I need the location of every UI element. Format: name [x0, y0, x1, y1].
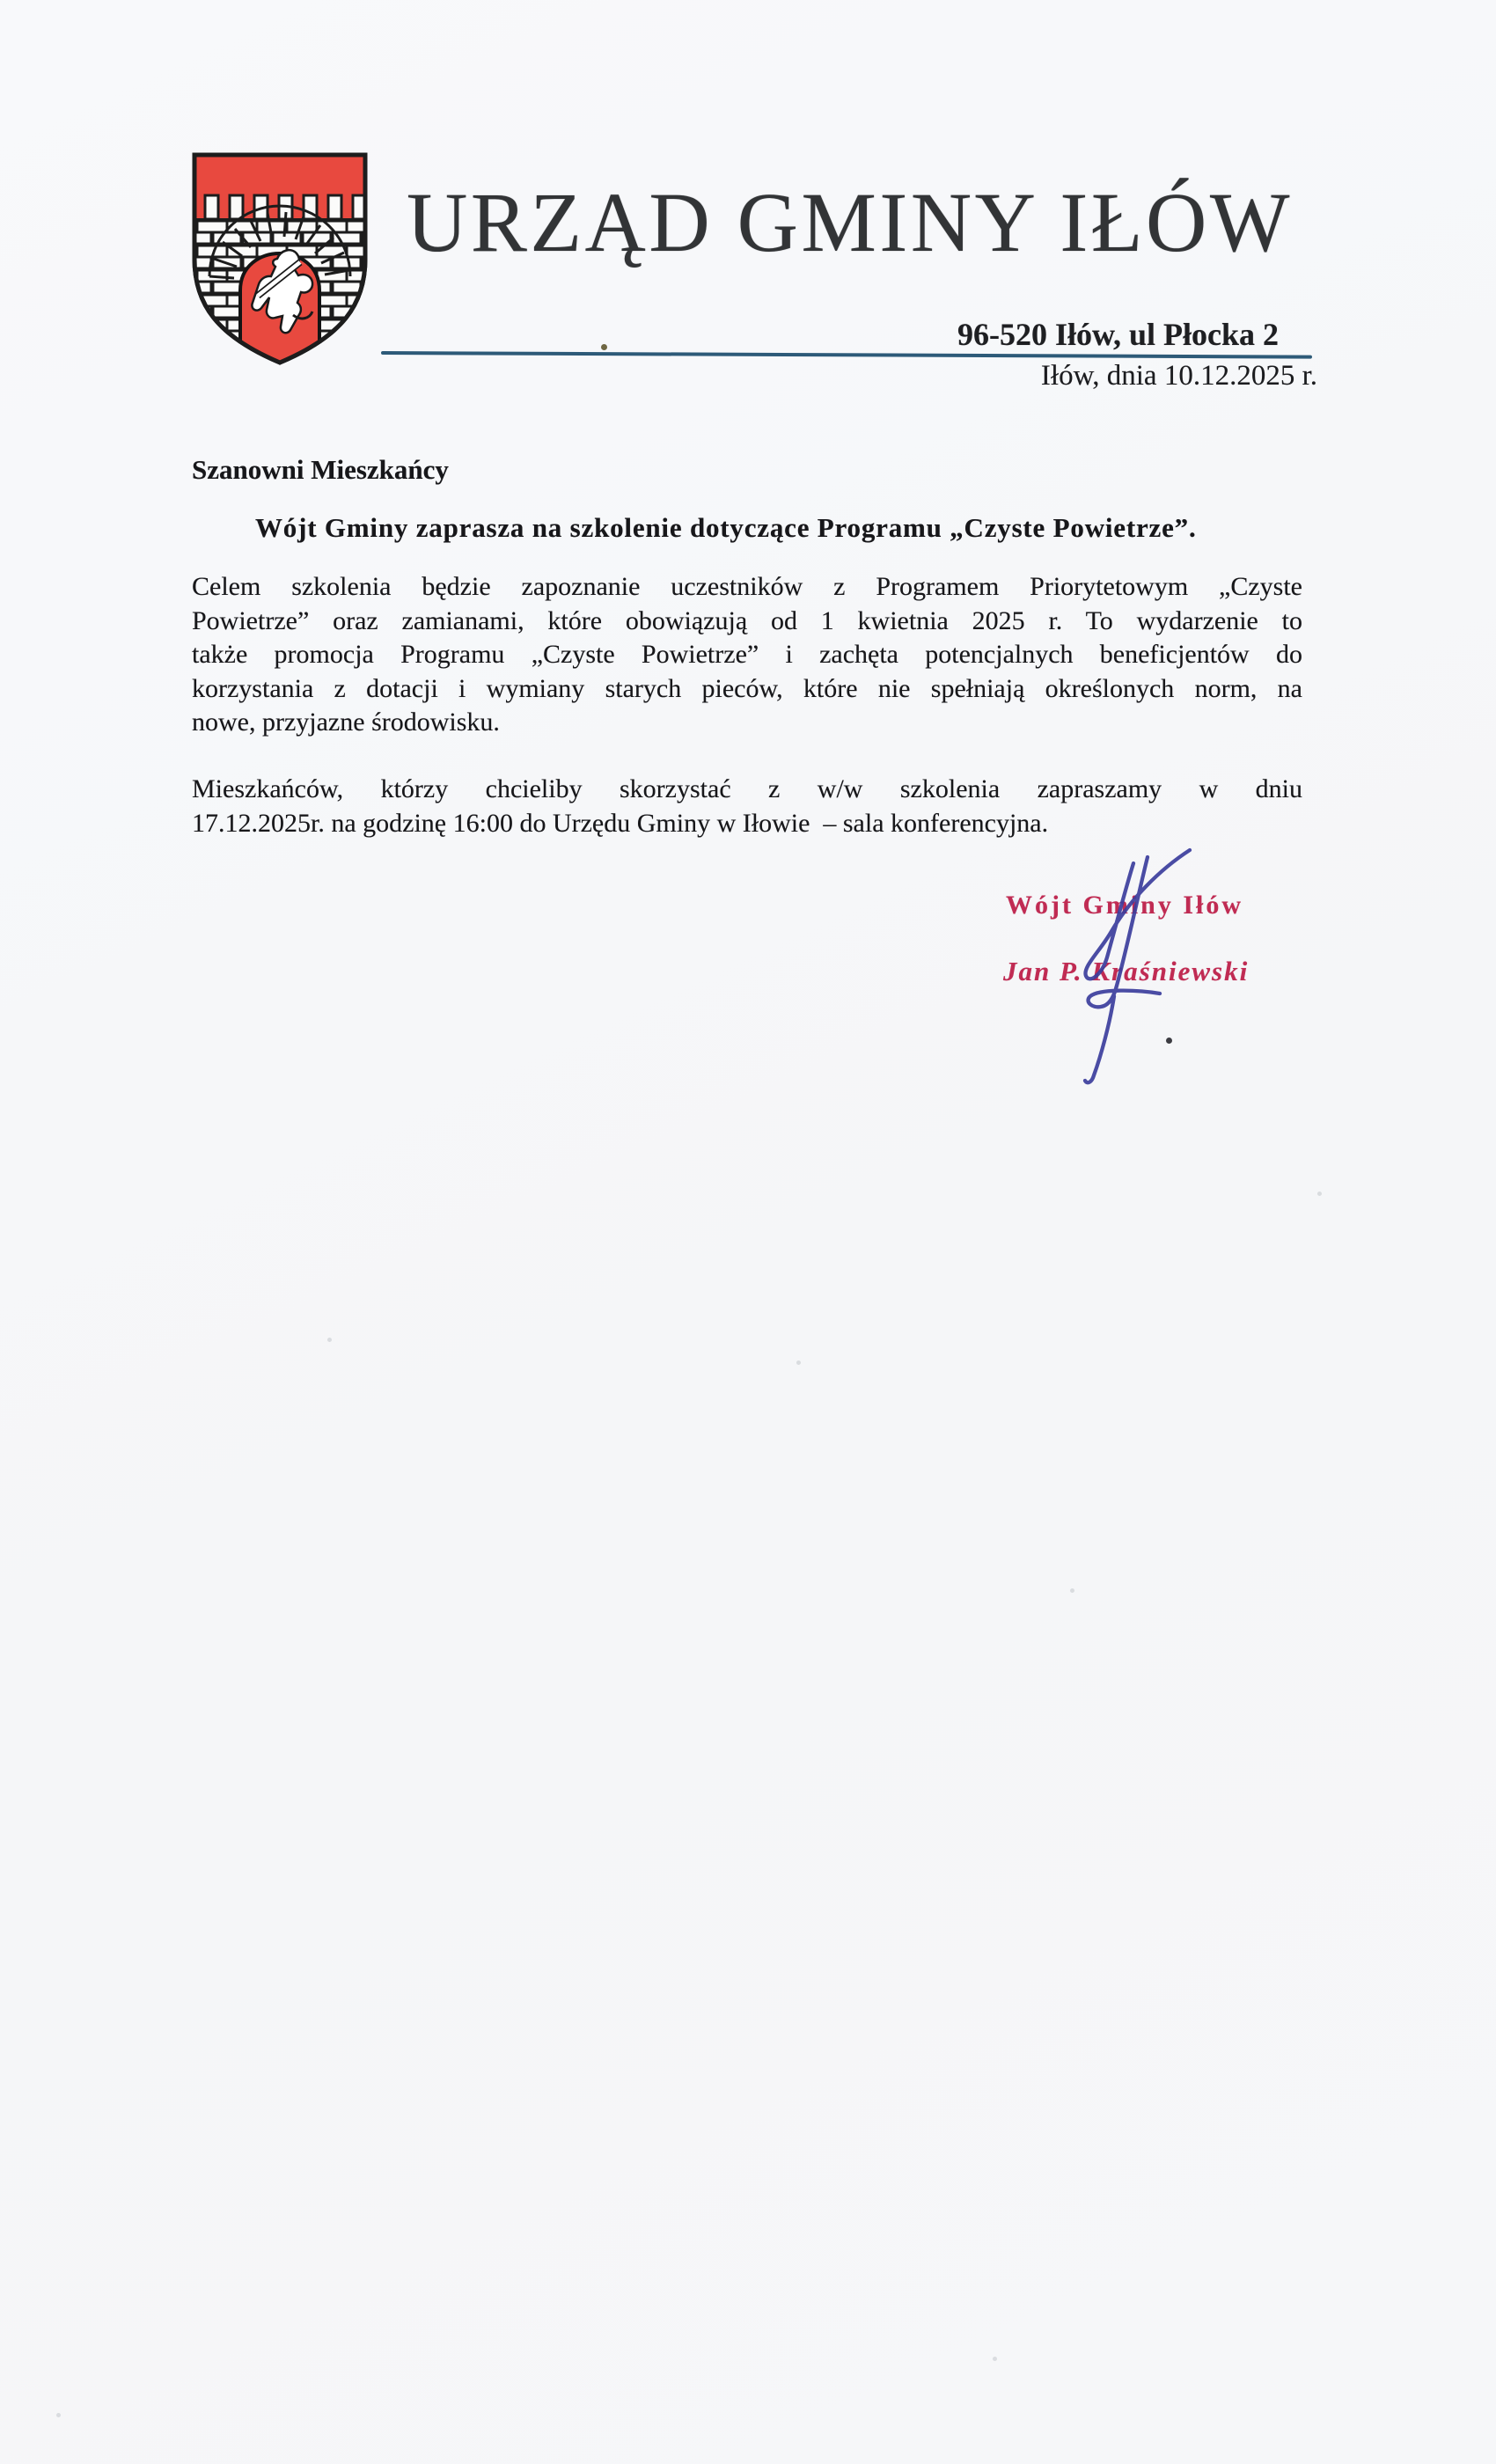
scan-speck: [327, 1338, 332, 1342]
paragraph-1-line: także promocja Programu „Czyste Powietrz…: [192, 638, 1302, 672]
letterhead-address: 96-520 Iłów, ul Płocka 2: [957, 319, 1279, 350]
paragraph-1-line: Celem szkolenia będzie zapoznanie uczest…: [192, 570, 1302, 605]
paragraph-2-line: Mieszkańców, którzy chcieliby skorzystać…: [192, 773, 1302, 807]
scan-speck: [1166, 1038, 1172, 1044]
scan-speck: [993, 2357, 997, 2361]
paragraph-2-line: 17.12.2025r. na godzinę 16:00 do Urzędu …: [192, 807, 1302, 841]
scanned-letter-page: URZĄD GMINY IŁÓW 96-520 Iłów, ul Płocka …: [0, 0, 1496, 2464]
scan-speck: [601, 344, 607, 350]
coat-of-arms-icon: [182, 146, 378, 370]
scan-speck: [1317, 1192, 1322, 1196]
paragraph-1-line: Powietrze” oraz zamianami, które obowiąz…: [192, 605, 1302, 639]
salutation: Szanowni Mieszkańcy: [192, 453, 1302, 486]
paragraph-1-line: korzystania z dotacji i wymiany starych …: [192, 672, 1302, 707]
place-date-line: Iłów, dnia 10.12.2025 r.: [1041, 362, 1317, 391]
paragraph-2: Mieszkańców, którzy chcieliby skorzystać…: [192, 773, 1302, 840]
paragraph-1: Celem szkolenia będzie zapoznanie uczest…: [192, 570, 1302, 740]
subject-line: Wójt Gminy zaprasza na szkolenie dotyczą…: [192, 511, 1366, 544]
scan-speck: [796, 1360, 801, 1365]
page-title: URZĄD GMINY IŁÓW: [407, 180, 1293, 265]
scan-speck: [56, 2413, 61, 2417]
scan-speck: [1070, 1588, 1074, 1593]
paragraph-1-line: nowe, przyjazne środowisku.: [192, 706, 1302, 740]
letterhead-rule: [381, 351, 1312, 359]
handwritten-signature: [1034, 840, 1210, 1096]
